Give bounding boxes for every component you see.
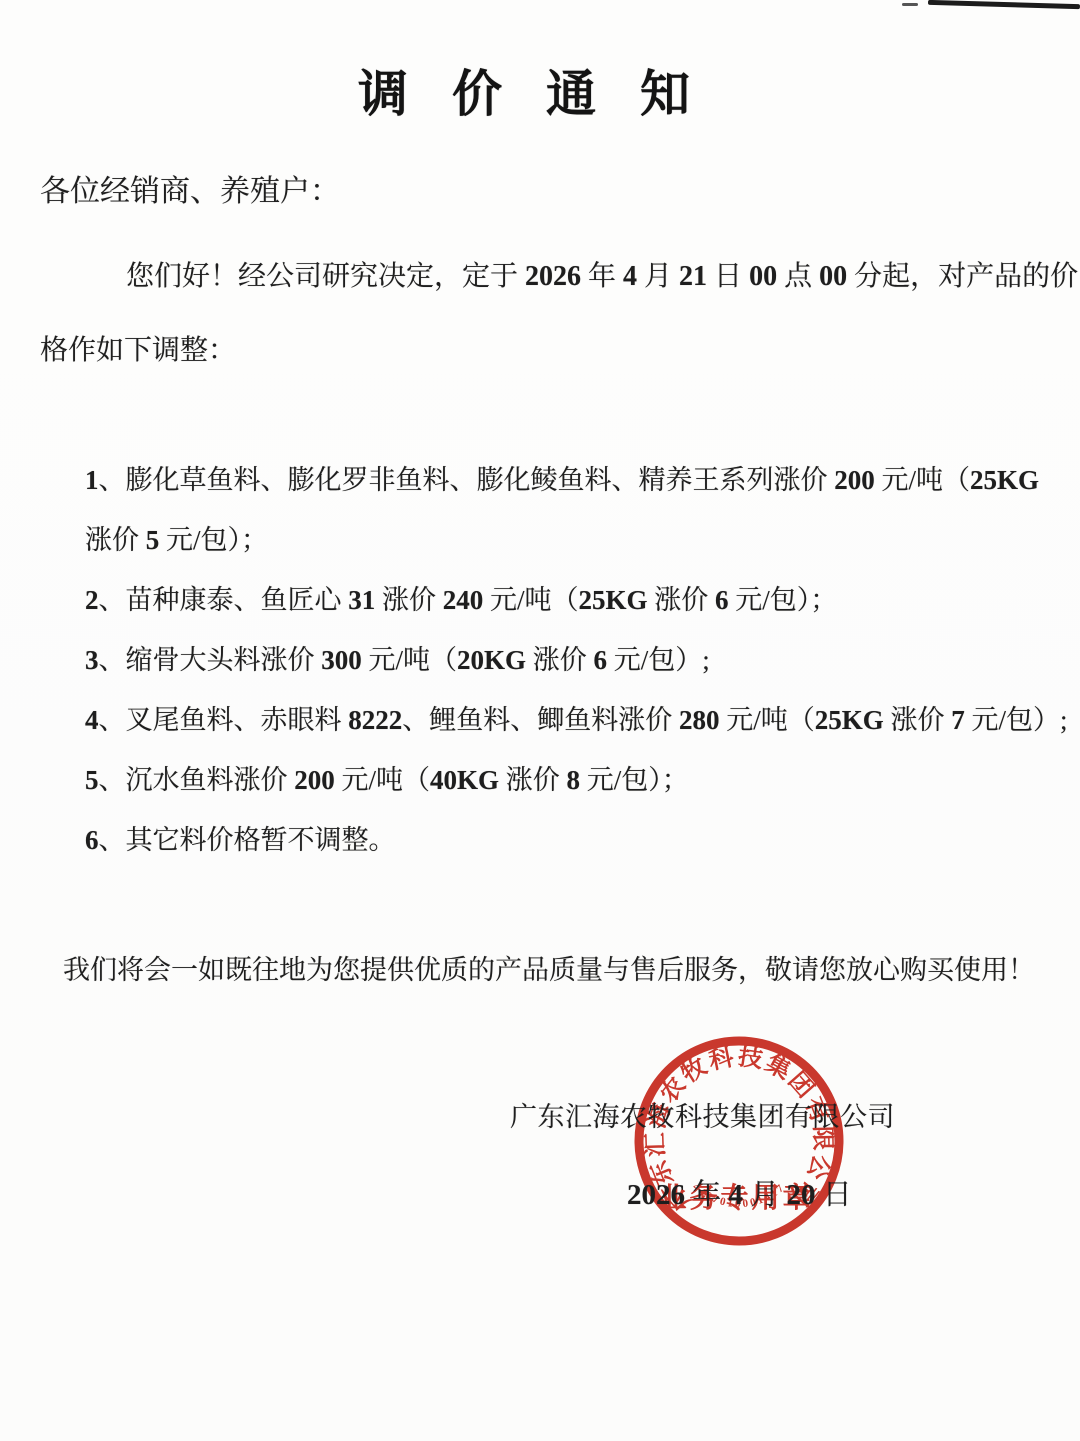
text-run: 、鲤鱼料、鲫鱼料涨价	[402, 705, 679, 735]
text-line: 3、缩骨大头料涨价 300 元/吨（20KG 涨价 6 元/包）;	[85, 630, 1060, 690]
text-line: 您们好！经公司研究决定，定于 2026 年 4 月 21 日 00 点 00 分…	[40, 240, 1050, 314]
text-run: 涨价	[648, 585, 716, 615]
text-run: 年	[581, 261, 623, 292]
text-run: 涨价	[375, 585, 443, 615]
text-number: 300	[321, 645, 362, 675]
text-number: 40KG	[430, 765, 499, 795]
text-run: 、叉尾鱼料、赤眼料	[99, 705, 349, 735]
text-number: 00	[819, 261, 847, 292]
text-run: 元/吨（	[335, 765, 430, 795]
text-number: 25KG	[970, 465, 1039, 495]
text-number: 2026	[525, 261, 581, 292]
text-run: 元/包）;	[607, 645, 710, 675]
text-run: 元/包）；	[729, 585, 838, 615]
text-number: 5	[146, 525, 160, 555]
text-run: 您们好！经公司研究决定，定于	[126, 261, 525, 292]
text-run: 、缩骨大头料涨价	[99, 645, 322, 675]
text-line: 4、叉尾鱼料、赤眼料 8222、鲤鱼料、鲫鱼料涨价 280 元/吨（25KG 涨…	[85, 690, 1060, 750]
text-line: 1、膨化草鱼料、膨化罗非鱼料、膨化鲮鱼料、精养王系列涨价 200 元/吨（25K…	[85, 450, 1060, 510]
text-run: 日	[816, 1179, 852, 1211]
text-run: 、膨化草鱼料、膨化罗非鱼料、膨化鲮鱼料、精养王系列涨价	[99, 465, 835, 495]
text-run: 日	[707, 261, 749, 292]
text-number: 8222	[348, 705, 402, 735]
text-run: 、苗种康泰、鱼匠心	[99, 585, 349, 615]
signature-date: 2026 年 4 月 20 日	[627, 1177, 852, 1213]
text-number: 25KG	[579, 585, 648, 615]
text-run: 元/包）;	[965, 705, 1068, 735]
text-number: 280	[679, 705, 720, 735]
text-number: 20KG	[457, 645, 526, 675]
text-run: 元/包）；	[159, 525, 268, 555]
text-number: 1	[85, 465, 99, 495]
text-line: 涨价 5 元/包）；	[85, 510, 1060, 570]
text-line: 格作如下调整：	[40, 314, 1050, 388]
closing-paragraph: 我们将会一如既往地为您提供优质的产品质量与售后服务，敬请您放心购买使用！	[63, 953, 1063, 987]
text-number: 20	[787, 1179, 816, 1211]
text-line: 2、苗种康泰、鱼匠心 31 涨价 240 元/吨（25KG 涨价 6 元/包）；	[85, 570, 1060, 630]
price-notice-document: 调价通知 各位经销商、养殖户： 您们好！经公司研究决定，定于 2026 年 4 …	[0, 0, 1080, 1441]
text-run: 、沉水鱼料涨价	[99, 765, 295, 795]
text-number: 6	[594, 645, 608, 675]
text-run: 涨价	[85, 525, 146, 555]
text-run: 月	[637, 261, 679, 292]
text-number: 4	[85, 705, 99, 735]
text-run: 月	[743, 1179, 787, 1211]
text-number: 25KG	[815, 705, 884, 735]
text-run: 涨价	[884, 705, 952, 735]
company-name: 广东汇海农牧科技集团有限公司	[510, 1100, 895, 1134]
text-number: 21	[679, 261, 707, 292]
text-number: 240	[443, 585, 484, 615]
text-run: 元/包）；	[580, 765, 689, 795]
text-run: 元/吨（	[483, 585, 578, 615]
text-number: 4	[729, 1179, 744, 1211]
text-line: 6、其它料价格暂不调整。	[85, 810, 1060, 870]
salutation: 各位经销商、养殖户：	[40, 174, 340, 210]
text-number: 8	[567, 765, 581, 795]
text-number: 31	[348, 585, 375, 615]
text-number: 200	[294, 765, 335, 795]
text-run: 元/吨（	[875, 465, 970, 495]
text-number: 6	[715, 585, 729, 615]
text-run: 涨价	[526, 645, 594, 675]
text-line: 5、沉水鱼料涨价 200 元/吨（40KG 涨价 8 元/包）；	[85, 750, 1060, 810]
company-seal: 广东汇海农牧科技集团有限公司 业务专用章 4407010001417	[633, 1035, 845, 1247]
text-run: 涨价	[499, 765, 567, 795]
text-number: 00	[749, 261, 777, 292]
scan-artifact-line	[928, 0, 1080, 9]
text-number: 2	[85, 585, 99, 615]
text-number: 200	[834, 465, 875, 495]
page-title: 调价通知	[0, 62, 1064, 127]
company-seal-graphic: 广东汇海农牧科技集团有限公司 业务专用章 4407010001417	[633, 1035, 845, 1247]
text-run: 年	[685, 1179, 729, 1211]
text-number: 4	[623, 261, 637, 292]
text-number: 7	[951, 705, 965, 735]
scan-artifact-dot	[902, 3, 918, 6]
text-run: 、其它料价格暂不调整。	[99, 825, 396, 855]
text-run: 格作如下调整：	[40, 335, 236, 366]
text-run: 分起，对产品的价	[847, 261, 1078, 292]
text-number: 3	[85, 645, 99, 675]
text-number: 6	[85, 825, 99, 855]
text-run: 点	[777, 261, 819, 292]
text-run: 元/吨（	[362, 645, 457, 675]
text-number: 2026	[627, 1179, 685, 1211]
price-adjustment-list: 1、膨化草鱼料、膨化罗非鱼料、膨化鲮鱼料、精养王系列涨价 200 元/吨（25K…	[85, 450, 1060, 870]
text-number: 5	[85, 765, 99, 795]
intro-paragraph: 您们好！经公司研究决定，定于 2026 年 4 月 21 日 00 点 00 分…	[40, 240, 1050, 388]
text-run: 元/吨（	[720, 705, 815, 735]
